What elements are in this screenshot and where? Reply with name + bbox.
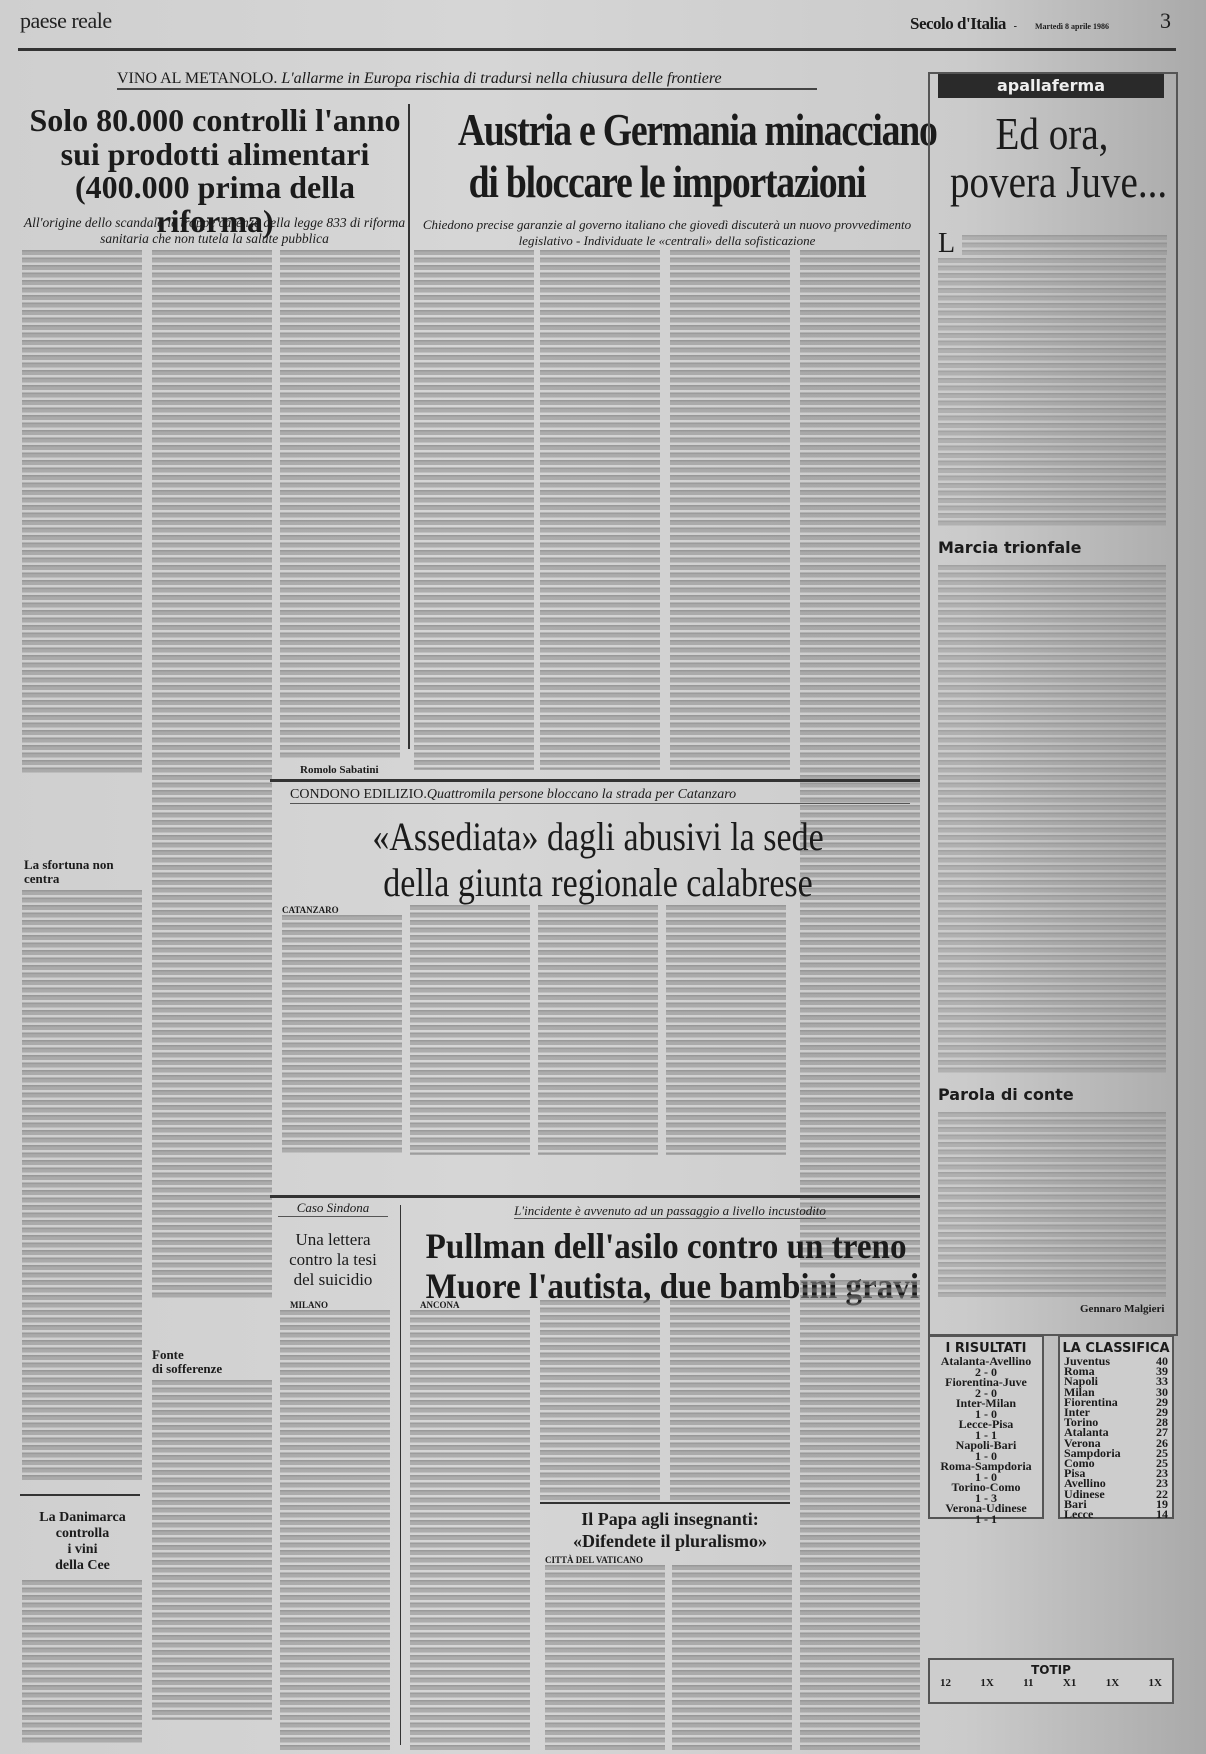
article-text (938, 1112, 1166, 1297)
match-score: 1 - 1 (930, 1514, 1042, 1525)
headline-line: povera Juve... (950, 158, 1154, 206)
headline-line: La Danimarca (20, 1510, 145, 1526)
article-text (938, 258, 1166, 528)
column-title: apallaferma (938, 74, 1164, 98)
totip-value: 11 (1023, 1677, 1033, 1689)
article-text (280, 250, 400, 760)
article-text (280, 1310, 390, 1750)
kicker-text: Quattromila persone bloccano la strada p… (427, 787, 736, 802)
article-text (540, 250, 660, 770)
subhead: Fonte di sofferenze (152, 1348, 262, 1376)
headline-line: di bloccare le importazioni (458, 156, 876, 208)
article-text (410, 905, 530, 1155)
sindona-kicker: Caso Sindona (278, 1200, 388, 1217)
headline-line: Una lettera (278, 1230, 388, 1250)
dropcap: L (938, 230, 955, 258)
article-text (666, 905, 786, 1155)
article-text (672, 1565, 792, 1750)
article-text (22, 890, 142, 1480)
totip-value: 1X (980, 1677, 993, 1689)
kicker-label: CONDONO EDILIZIO. (290, 787, 427, 802)
headline-line: i vini (20, 1542, 145, 1558)
results-box: I RISULTATI Atalanta-Avellino2 - 0Fioren… (928, 1335, 1044, 1519)
subhead-line: di sofferenze (152, 1362, 262, 1376)
totip-value: 12 (940, 1677, 951, 1689)
dateline: MILANO (290, 1300, 328, 1310)
headline-line: Solo 80.000 controlli l'anno (25, 104, 405, 138)
sidebar-subhead: Parola di conte (938, 1085, 1074, 1104)
headline-line: della Cee (20, 1558, 145, 1574)
sindona-headline: Una lettera contro la tesi del suicidio (278, 1230, 388, 1290)
dateline: ANCONA (420, 1300, 460, 1310)
article-text (410, 1310, 530, 1750)
dateline: CITTÀ DEL VATICANO (545, 1555, 643, 1565)
left-deck: All'origine dello scandalo le troppe car… (22, 215, 407, 247)
column-rule (408, 104, 410, 749)
page-number: 3 (1160, 8, 1171, 34)
headline-line: Ed ora, (950, 110, 1154, 158)
headline-line: del suicidio (278, 1270, 388, 1290)
rule (540, 1502, 790, 1504)
article-text (800, 250, 920, 1270)
masthead-rule (18, 48, 1176, 51)
rule (270, 779, 920, 782)
headline-line: «Assediata» dagli abusivi la sede (326, 814, 870, 860)
headline-line: sui prodotti alimentari (25, 138, 405, 172)
issue-date: Martedì 8 aprile 1986 (1035, 22, 1109, 31)
sidebar-headline: Ed ora, povera Juve... (950, 110, 1154, 206)
article-text (670, 1300, 790, 1500)
column-rule (400, 1205, 401, 1745)
right-headline: Austria e Germania minacciano di bloccar… (458, 104, 876, 208)
article-text (152, 250, 272, 1300)
separator: - (1014, 21, 1017, 32)
right-deck: Chiedono precise garanzie al governo ita… (412, 217, 922, 249)
standings-box: LA CLASSIFICA Juventus40Roma39Napoli33Mi… (1058, 1335, 1174, 1519)
byline: Gennaro Malgieri (1080, 1303, 1164, 1315)
article-text (282, 915, 402, 1155)
article-text (800, 1280, 920, 1750)
headline-line: Austria e Germania minacciano (458, 104, 876, 156)
rule (270, 1195, 920, 1198)
kicker-text: L'incidente è avvenuto ad un passaggio a… (514, 1203, 826, 1219)
kicker-label: VINO AL METANOLO. (117, 70, 277, 87)
totip-values: 121X11X11X1X (930, 1677, 1172, 1689)
headline-line: «Difendete il pluralismo» (540, 1530, 800, 1552)
dateline: CATANZARO (282, 905, 339, 915)
rule (20, 1494, 140, 1496)
team-name: Lecce (1064, 1509, 1093, 1519)
pope-headline: Il Papa agli insegnanti: «Difendete il p… (540, 1508, 800, 1552)
subhead-line: Fonte (152, 1348, 262, 1362)
totip-value: 1X (1148, 1677, 1161, 1689)
article-text (670, 250, 790, 770)
paper-title: Secolo d'Italia (910, 14, 1006, 33)
totip-value: X1 (1063, 1677, 1076, 1689)
calabria-kicker: CONDONO EDILIZIO.Quattromila persone blo… (290, 787, 910, 804)
headline-line: Il Papa agli insegnanti: (540, 1508, 800, 1530)
article-text (414, 250, 534, 770)
top-kicker: VINO AL METANOLO. L'allarme in Europa ri… (117, 70, 817, 90)
calabria-headline: «Assediata» dagli abusivi la sede della … (326, 814, 870, 906)
results-list: Atalanta-Avellino2 - 0Fiorentina-Juve2 -… (930, 1356, 1042, 1524)
sidebar-subhead: Marcia trionfale (938, 538, 1081, 557)
paper-name: Secolo d'Italia - (910, 14, 1017, 34)
kicker-text: L'allarme in Europa rischia di tradursi … (281, 70, 721, 87)
brief-headline: La Danimarca controlla i vini della Cee (20, 1510, 145, 1574)
newspaper-page: paese reale Secolo d'Italia - Martedì 8 … (0, 0, 1206, 1754)
article-text (540, 1300, 660, 1500)
headline-line: controlla (20, 1526, 145, 1542)
article-text (22, 250, 142, 775)
article-text (545, 1565, 665, 1750)
section-name: paese reale (20, 8, 112, 34)
standings-row: Lecce14 (1060, 1509, 1172, 1519)
byline: Romolo Sabatini (300, 764, 379, 776)
subhead: La sfortuna non centra (24, 858, 134, 886)
headline-line: contro la tesi (278, 1250, 388, 1270)
bus-kicker: L'incidente è avvenuto ad un passaggio a… (420, 1203, 920, 1219)
article-text (938, 565, 1166, 1075)
totip-box: TOTIP 121X11X11X1X (928, 1658, 1174, 1704)
article-text (538, 905, 658, 1155)
team-points: 14 (1156, 1509, 1168, 1519)
headline-line: della giunta regionale calabrese (326, 860, 870, 906)
article-text (152, 1380, 272, 1720)
article-text (962, 235, 1167, 255)
standings-list: Juventus40Roma39Napoli33Milan30Fiorentin… (1060, 1356, 1172, 1519)
headline-line: Pullman dell'asilo contro un treno (426, 1226, 900, 1266)
article-text (22, 1580, 142, 1745)
totip-value: 1X (1106, 1677, 1119, 1689)
totip-title: TOTIP (930, 1660, 1172, 1677)
